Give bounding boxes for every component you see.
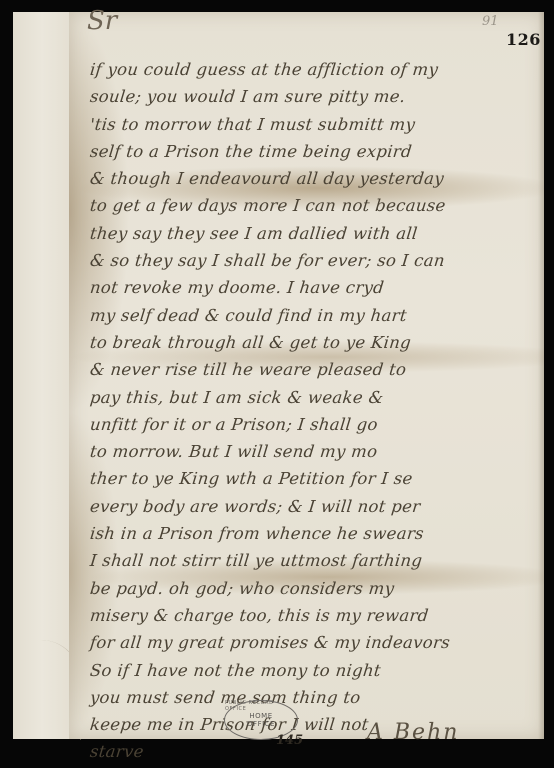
pencil-folio-number: 91: [482, 14, 499, 29]
letter-line: my self dead & could find in my hart: [89, 302, 532, 329]
letter-line: you must send me som thing to: [89, 684, 532, 711]
letter-line: to morrow. But I will send my mo: [89, 438, 532, 465]
letter-line: I shall not stirr till ye uttmost farthi…: [89, 547, 532, 574]
letter-line: & never rise till he weare pleased to: [89, 356, 532, 383]
letter-line: to get a few days more I can not because: [89, 192, 532, 219]
leaf-edge: [538, 12, 544, 739]
letter-line: & so they say I shall be for ever; so I …: [89, 247, 532, 274]
letter-line: pay this, but I am sick & weake &: [89, 384, 532, 411]
stamp-ring-text: PUBLIC RECORD OFFICE: [225, 700, 297, 712]
letter-line: So if I have not the mony to night: [89, 657, 532, 684]
letter-line: 'tis to morrow that I must submitt my: [89, 111, 532, 138]
letter-line: starve: [89, 738, 532, 765]
letter-line: misery & charge too, this is my reward: [89, 602, 532, 629]
letter-line: not revoke my doome. I have cryd: [89, 274, 532, 301]
letter-line: keepe me in Prison for I will not: [89, 711, 532, 738]
letter-line: & though I endeavourd all day yesterday: [89, 165, 532, 192]
letter-line: self to a Prison the time being expird: [89, 138, 532, 165]
letter-line: for all my great promises & my indeavors: [89, 629, 532, 656]
letter-line: they say they see I am dallied with all: [89, 220, 532, 247]
letter-line: ish in a Prison from whence he swears: [89, 520, 532, 547]
stamped-folio-number: 126: [506, 30, 541, 49]
stamp-line-1: HOME: [249, 712, 272, 720]
letter-line: ther to ye King wth a Petition for I se: [89, 465, 532, 492]
mount-guard-strip: [13, 12, 72, 739]
letter-line: to break through all & get to ye King: [89, 329, 532, 356]
signature: A Behn: [367, 720, 459, 745]
corner-mark: Sr: [87, 6, 117, 36]
letter-body: if you could guess at the affliction of …: [90, 56, 530, 766]
reference-number: 145: [276, 733, 303, 748]
scanned-document: Sr 91 126 if you could guess at the affl…: [0, 0, 554, 768]
letter-line: soule; you would I am sure pitty me.: [89, 83, 532, 110]
letter-line: every body are words; & I will not per: [89, 493, 532, 520]
letter-line: be payd. oh god; who considers my: [89, 575, 532, 602]
letter-line: unfitt for it or a Prison; I shall go: [89, 411, 532, 438]
letter-line: if you could guess at the affliction of …: [89, 56, 532, 83]
stamp-line-2: OFFICE: [247, 720, 275, 728]
